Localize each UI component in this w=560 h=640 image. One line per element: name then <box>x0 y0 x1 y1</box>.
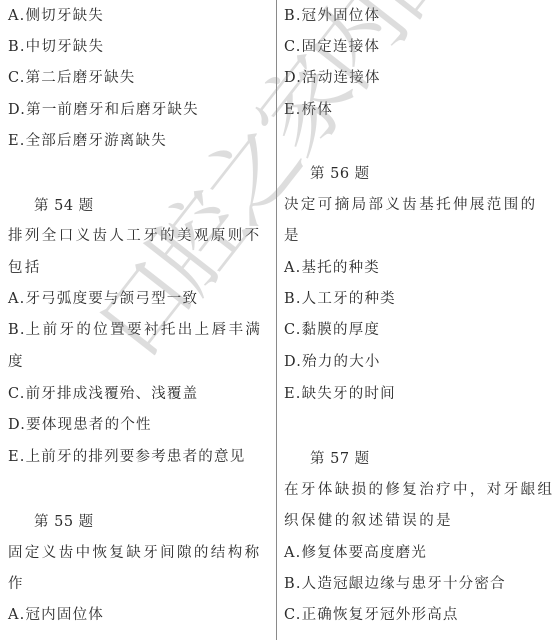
option-text: 前牙排成浅覆殆、浅覆盖 <box>26 386 199 402</box>
option-label: C. <box>284 322 302 338</box>
option-text: 黏膜的厚度 <box>302 322 381 338</box>
option-text: 人造冠龈边缘与患牙十分密合 <box>302 576 506 592</box>
option-label: A. <box>8 607 25 623</box>
option-label: A. <box>284 260 301 276</box>
q56-option-c: C.黏膜的厚度 <box>284 320 380 340</box>
option-label: D. <box>284 354 302 370</box>
q57-title: 第 57 题 <box>310 449 370 469</box>
option-label: D. <box>8 102 26 118</box>
option-text: 第二后磨牙缺失 <box>26 70 136 86</box>
option-text: 第一前磨牙和后磨牙缺失 <box>26 102 199 118</box>
q53-option-e: E.全部后磨牙游离缺失 <box>8 131 167 151</box>
q56-stem-line-2: 是 <box>284 226 301 246</box>
q53-option-c: C.第二后磨牙缺失 <box>8 68 136 88</box>
option-label: B. <box>284 576 302 592</box>
option-label: B. <box>8 39 26 55</box>
option-label: A. <box>8 8 25 24</box>
option-text: 修复体要高度磨光 <box>301 545 427 561</box>
option-label: C. <box>8 70 26 86</box>
option-text: 要体现患者的个性 <box>26 417 152 433</box>
option-text: 活动连接体 <box>302 70 381 86</box>
option-label: E. <box>8 449 26 465</box>
q57-stem-line-1: 在牙体缺损的修复治疗中，对牙龈组 <box>284 480 554 500</box>
q57-option-c: C.正确恢复牙冠外形高点 <box>284 605 459 625</box>
q57-stem-line-2: 织保健的叙述错误的是 <box>284 511 453 531</box>
option-text: 缺失牙的时间 <box>302 386 396 402</box>
left-column: A.侧切牙缺失 B.中切牙缺失 C.第二后磨牙缺失 D.第一前磨牙和后磨牙缺失 … <box>8 0 270 640</box>
q54-option-b-cont: 度 <box>8 352 24 372</box>
q55-stem-line-2: 作 <box>8 574 25 594</box>
q54-title: 第 54 题 <box>34 196 94 216</box>
option-text: 人工牙的种类 <box>302 291 396 307</box>
q54-option-b: B.上前牙的位置要衬托出上唇丰满 <box>8 320 262 340</box>
q54-stem-line-1: 排列全口义齿人工牙的美观原则不 <box>8 226 262 246</box>
q56-option-b: B.人工牙的种类 <box>284 289 396 309</box>
q55-option-a: A.冠内固位体 <box>8 605 104 625</box>
q54-option-a: A.牙弓弧度要与颌弓型一致 <box>8 289 198 309</box>
option-label: B. <box>8 322 26 338</box>
option-text: 上前牙的排列要参考患者的意见 <box>26 449 246 465</box>
option-text: 全部后磨牙游离缺失 <box>26 133 167 149</box>
option-label: A. <box>8 291 25 307</box>
q56-option-a: A.基托的种类 <box>284 258 380 278</box>
q54-stem-line-2: 包括 <box>8 258 42 278</box>
option-text: 冠内固位体 <box>25 607 104 623</box>
q55-stem-line-1: 固定义齿中恢复缺牙间隙的结构称 <box>8 543 262 563</box>
q53-option-b: B.中切牙缺失 <box>8 37 104 57</box>
option-text: 桥体 <box>302 102 333 118</box>
option-label: D. <box>284 70 302 86</box>
q55-title: 第 55 题 <box>34 512 94 532</box>
option-label: E. <box>284 386 302 402</box>
q55-option-b: B.冠外固位体 <box>284 6 380 26</box>
option-text: 牙弓弧度要与颌弓型一致 <box>25 291 198 307</box>
q56-stem-line-1: 决定可摘局部义齿基托伸展范围的 <box>284 195 538 215</box>
q54-option-d: D.要体现患者的个性 <box>8 415 152 435</box>
q56-title: 第 56 题 <box>310 164 370 184</box>
q55-option-d: D.活动连接体 <box>284 68 381 88</box>
q53-option-a: A.侧切牙缺失 <box>8 6 104 26</box>
option-text: 侧切牙缺失 <box>25 8 104 24</box>
q53-option-d: D.第一前磨牙和后磨牙缺失 <box>8 100 199 120</box>
option-text: 基托的种类 <box>301 260 380 276</box>
option-label: D. <box>8 417 26 433</box>
q56-option-e: E.缺失牙的时间 <box>284 384 396 404</box>
option-text: 正确恢复牙冠外形高点 <box>302 607 459 623</box>
q54-option-c: C.前牙排成浅覆殆、浅覆盖 <box>8 384 198 404</box>
option-text: 固定连接体 <box>302 39 381 55</box>
q55-option-e: E.桥体 <box>284 100 333 120</box>
q55-option-c: C.固定连接体 <box>284 37 380 57</box>
option-text: 上前牙的位置要衬托出上唇丰满 <box>26 322 263 338</box>
option-label: C. <box>284 39 302 55</box>
option-text: 殆力的大小 <box>302 354 381 370</box>
option-text: 度 <box>8 354 24 370</box>
document-page: A.侧切牙缺失 B.中切牙缺失 C.第二后磨牙缺失 D.第一前磨牙和后磨牙缺失 … <box>0 0 560 640</box>
q56-option-d: D.殆力的大小 <box>284 352 381 372</box>
q57-option-b: B.人造冠龈边缘与患牙十分密合 <box>284 574 506 594</box>
q54-option-e: E.上前牙的排列要参考患者的意见 <box>8 447 245 467</box>
option-text: 中切牙缺失 <box>26 39 105 55</box>
option-label: B. <box>284 8 302 24</box>
option-text: 冠外固位体 <box>302 8 381 24</box>
option-label: C. <box>284 607 302 623</box>
option-label: E. <box>8 133 26 149</box>
q57-option-a: A.修复体要高度磨光 <box>284 543 427 563</box>
option-label: B. <box>284 291 302 307</box>
option-label: E. <box>284 102 302 118</box>
option-label: C. <box>8 386 26 402</box>
right-column: B.冠外固位体 C.固定连接体 D.活动连接体 E.桥体 第 56 题 决定可摘… <box>284 0 554 640</box>
option-label: A. <box>284 545 301 561</box>
column-divider <box>276 0 277 640</box>
